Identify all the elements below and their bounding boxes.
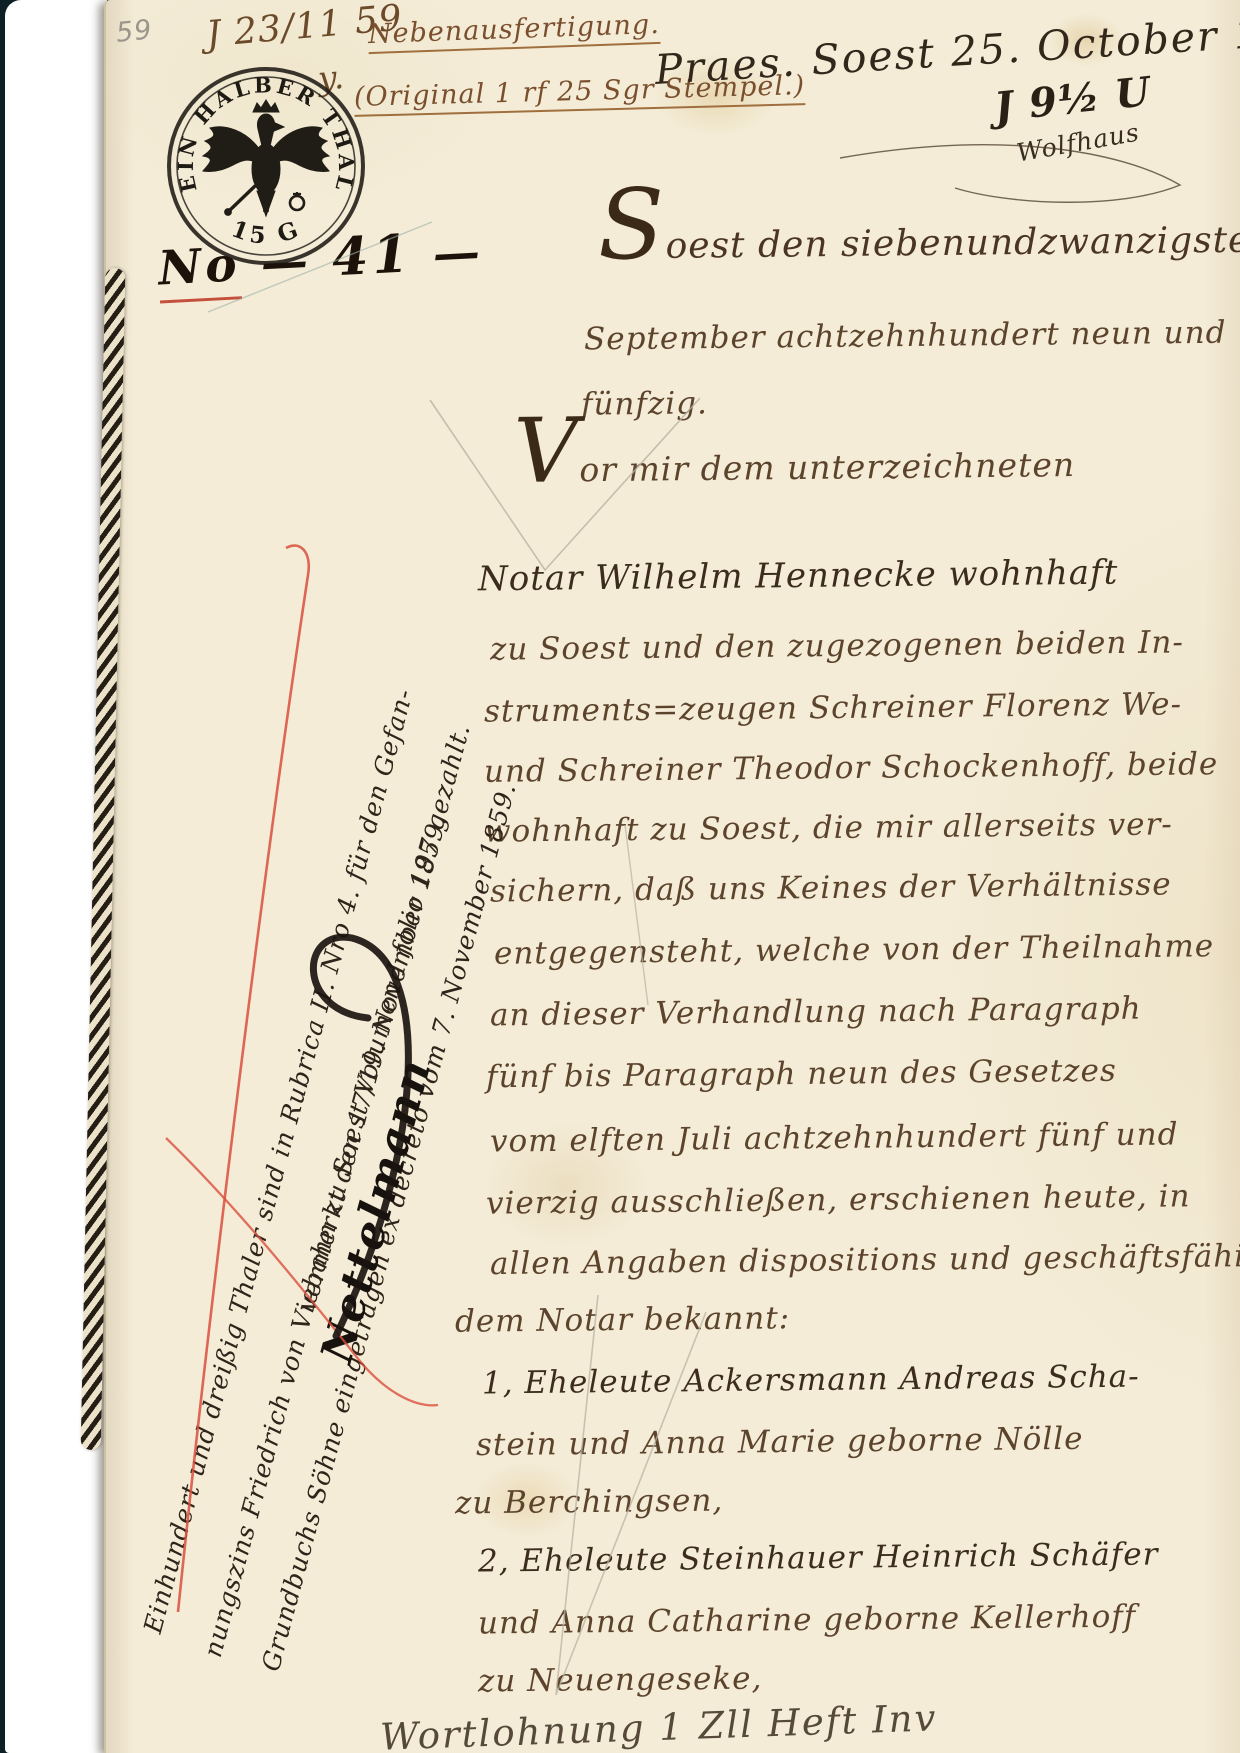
body-line: struments=zeugen Schreiner Florenz We-: [484, 686, 1182, 729]
body-line: und Anna Catharine geborne Kellerhoff: [478, 1599, 1137, 1642]
body-line: Vor mir dem unterzeichneten: [514, 445, 1076, 490]
body-line: vom elften Juli achtzehnhundert fünf und: [490, 1116, 1179, 1159]
file-number: No — 41 —: [157, 220, 486, 298]
document-page: 59 J 23/11 59 y. Nebenausfertigung. (Ori…: [104, 0, 1240, 1753]
body-line: vierzig ausschließen, erschienen heute, …: [486, 1178, 1191, 1221]
copy-type-label: Nebenausfertigung.: [367, 9, 660, 54]
file-number-dash: —: [259, 234, 313, 292]
body-line: entgegensteht, welche von der Theilnahme: [494, 928, 1214, 972]
body-line: Notar Wilhelm Hennecke wohnhaft: [478, 553, 1119, 600]
body-line: und Schreiner Theodor Schockenhoff, beid…: [484, 746, 1219, 790]
body-line: stein und Anna Marie geborne Nölle: [476, 1421, 1084, 1463]
body-line: Soest den siebenundzwanzigsten: [598, 218, 1240, 267]
bottom-cutoff-line: Wortlohnung 1 Zll Heft Inv: [379, 1696, 938, 1753]
body-line: an dieser Verhandlung nach Paragraph: [490, 991, 1142, 1034]
prussian-eagle-icon: [203, 100, 329, 216]
body-line: 2, Eheleute Steinhauer Heinrich Schäfer: [478, 1536, 1159, 1579]
body-line: September achtzehnhundert neun und: [584, 315, 1227, 358]
docket-sub-mark: y.: [316, 57, 346, 98]
file-number-value: 41: [330, 223, 413, 288]
body-line: fünf bis Paragraph neun des Gesetzes: [486, 1053, 1117, 1096]
file-number-prefix: No: [157, 237, 242, 303]
file-number-dash: —: [431, 225, 485, 283]
body-line: allen Angaben dispositions und geschäfts…: [490, 1238, 1240, 1282]
body-line: 1, Eheleute Ackersmann Andreas Scha-: [482, 1359, 1140, 1402]
body-line: wohnhaft zu Soest, die mir allerseits ve…: [484, 806, 1173, 849]
body-line: zu Berchingsen,: [455, 1483, 724, 1522]
scanned-document: 59 J 23/11 59 y. Nebenausfertigung. (Ori…: [0, 0, 1240, 1753]
body-line: zu Neuengeseke,: [478, 1661, 763, 1700]
body-line: fünfzig.: [581, 385, 708, 422]
body-line: dem Notar bekannt:: [455, 1300, 790, 1340]
pencil-corner-number: 59: [114, 14, 153, 49]
body-line: zu Soest und den zugezogenen beiden In-: [490, 624, 1184, 667]
body-line: sichern, daß uns Keines der Verhältnisse: [490, 866, 1172, 909]
presentation-note: Praes. Soest 25. October 1859 Nachmitt: [653, 0, 1240, 94]
